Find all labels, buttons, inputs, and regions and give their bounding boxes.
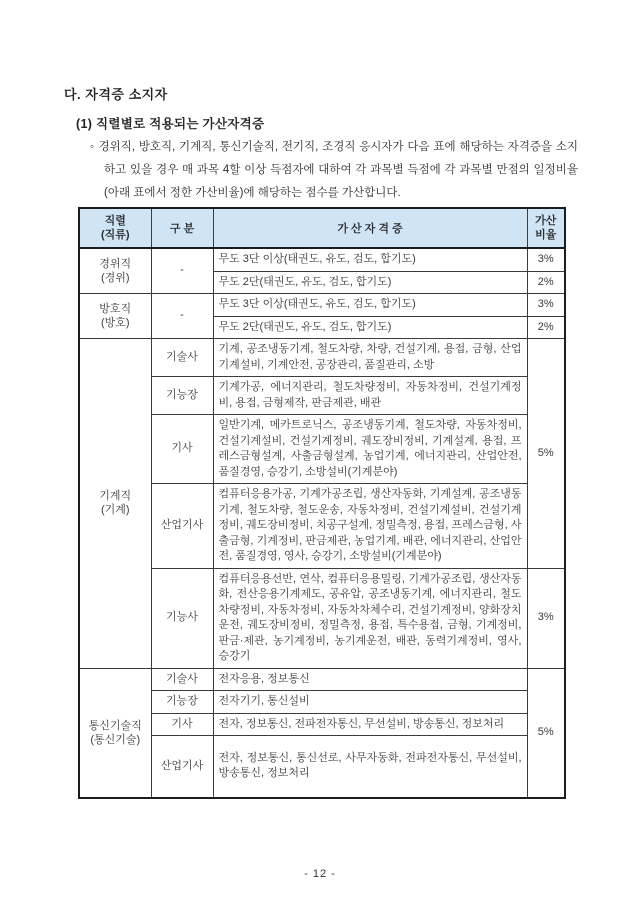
group-name-sub: (경위) xyxy=(85,271,146,285)
gubun-cell: 기술사 xyxy=(151,339,213,377)
intro-paragraph: ◦ 경위직, 방호직, 기계직, 통신기술직, 전기직, 조경직 응시자가 다음… xyxy=(90,136,578,205)
intro-text: 경위직, 방호직, 기계직, 통신기술직, 전기직, 조경직 응시자가 다음 표… xyxy=(98,141,578,199)
cert-cell: 무도 3단 이상(태권도, 유도, 검도, 합기도) xyxy=(213,248,527,271)
table-header-row: 직렬 (직류) 구 분 가 산 자 격 증 가산 비율 xyxy=(79,208,565,248)
gubun-cell: 기사 xyxy=(151,415,213,484)
gubun-cell: 산업기사 xyxy=(151,736,213,798)
cert-cell: 전자, 정보통신, 통신선로, 사무자동화, 전파전자통신, 무선설비, 방송통… xyxy=(213,736,527,798)
cert-cell: 기계가공, 에너지관리, 철도차량정비, 자동차정비, 건설기계정비, 용접, … xyxy=(213,377,527,415)
qualification-table: 직렬 (직류) 구 분 가 산 자 격 증 가산 비율 경위직 (경위) - 무… xyxy=(78,207,566,799)
table-row: 기능사 컴퓨터응용선반, 연삭, 컴퓨터응용밀링, 기계가공조립, 생산자동화,… xyxy=(79,568,565,668)
group-name-sub: (방호) xyxy=(85,316,146,330)
cert-cell: 전자, 정보통신, 전파전자통신, 무선설비, 방송통신, 정보처리 xyxy=(213,713,527,736)
rate-cell: 3% xyxy=(527,294,565,317)
rate-cell: 2% xyxy=(527,316,565,339)
cert-cell: 무도 3단 이상(태권도, 유도, 검도, 합기도) xyxy=(213,294,527,317)
group-cell-tongsin: 통신기술직 (통신기술) xyxy=(79,668,151,798)
table-row: 통신기술직 (통신기술) 기술사 전자응용, 정보통신 5% xyxy=(79,668,565,691)
group-name: 방호직 xyxy=(85,302,146,316)
subsection-title: (1) 직렬별로 적용되는 가산자격증 xyxy=(76,114,264,132)
gubun-cell: - xyxy=(151,248,213,294)
table-row: 기사 일반기계, 메카트로닉스, 공조냉동기계, 철도차량, 자동차정비, 건설… xyxy=(79,415,565,484)
group-name-sub: (통신기술) xyxy=(85,733,146,747)
cert-cell: 일반기계, 메카트로닉스, 공조냉동기계, 철도차량, 자동차정비, 건설기계설… xyxy=(213,415,527,484)
gubun-cell: 기능장 xyxy=(151,691,213,714)
gubun-cell: - xyxy=(151,294,213,339)
rate-cell: 3% xyxy=(527,568,565,668)
cert-cell: 기계, 공조냉동기계, 철도차량, 차량, 건설기계, 용접, 금형, 산업기계… xyxy=(213,339,527,377)
rate-cell: 3% xyxy=(527,248,565,271)
group-cell-gyeongwi: 경위직 (경위) xyxy=(79,248,151,294)
gubun-cell: 기능사 xyxy=(151,568,213,668)
group-name: 기계직 xyxy=(85,489,146,503)
gubun-cell: 기술사 xyxy=(151,668,213,691)
cert-cell: 컴퓨터응용가공, 기계가공조립, 생산자동화, 기계설계, 공조냉동기계, 철도… xyxy=(213,484,527,569)
gubun-cell: 기사 xyxy=(151,713,213,736)
group-cell-gigye: 기계직 (기계) xyxy=(79,339,151,669)
header-series-line1: 직렬 xyxy=(82,214,149,228)
table-row: 산업기사 전자, 정보통신, 통신선로, 사무자동화, 전파전자통신, 무선설비… xyxy=(79,736,565,798)
gubun-cell: 산업기사 xyxy=(151,484,213,569)
bullet-marker: ◦ xyxy=(90,141,95,153)
section-title: 다. 자격증 소지자 xyxy=(64,84,168,103)
group-name: 통신기술직 xyxy=(85,719,146,733)
document-page: 다. 자격증 소지자 (1) 직렬별로 적용되는 가산자격증 ◦ 경위직, 방호… xyxy=(0,0,640,905)
header-series: 직렬 (직류) xyxy=(79,208,151,248)
table-row: 산업기사 컴퓨터응용가공, 기계가공조립, 생산자동화, 기계설계, 공조냉동기… xyxy=(79,484,565,569)
gubun-cell: 기능장 xyxy=(151,377,213,415)
header-series-line2: (직류) xyxy=(82,228,149,242)
cert-cell: 무도 2단(태권도, 유도, 검도, 합기도) xyxy=(213,316,527,339)
rate-cell: 5% xyxy=(527,668,565,798)
header-rate-line2: 비율 xyxy=(530,228,563,242)
cert-cell: 무도 2단(태권도, 유도, 검도, 합기도) xyxy=(213,271,527,294)
table-row: 기능장 기계가공, 에너지관리, 철도차량정비, 자동차정비, 건설기계정비, … xyxy=(79,377,565,415)
group-name: 경위직 xyxy=(85,257,146,271)
table-row: 기계직 (기계) 기술사 기계, 공조냉동기계, 철도차량, 차량, 건설기계,… xyxy=(79,339,565,377)
group-name-sub: (기계) xyxy=(85,503,146,517)
page-number: - 12 - xyxy=(0,868,640,880)
table-row: 기사 전자, 정보통신, 전파전자통신, 무선설비, 방송통신, 정보처리 xyxy=(79,713,565,736)
header-category: 구 분 xyxy=(151,208,213,248)
rate-cell: 2% xyxy=(527,271,565,294)
table-row: 방호직 (방호) - 무도 3단 이상(태권도, 유도, 검도, 합기도) 3% xyxy=(79,294,565,317)
cert-cell: 전자응용, 정보통신 xyxy=(213,668,527,691)
header-rate: 가산 비율 xyxy=(527,208,565,248)
cert-cell: 컴퓨터응용선반, 연삭, 컴퓨터응용밀링, 기계가공조립, 생산자동화, 전산응… xyxy=(213,568,527,668)
table-row: 경위직 (경위) - 무도 3단 이상(태권도, 유도, 검도, 합기도) 3% xyxy=(79,248,565,271)
cert-cell: 전자기기, 통신설비 xyxy=(213,691,527,714)
header-rate-line1: 가산 xyxy=(530,214,563,228)
header-certificates: 가 산 자 격 증 xyxy=(213,208,527,248)
rate-cell: 5% xyxy=(527,339,565,569)
table-row: 기능장 전자기기, 통신설비 xyxy=(79,691,565,714)
group-cell-bangho: 방호직 (방호) xyxy=(79,294,151,339)
